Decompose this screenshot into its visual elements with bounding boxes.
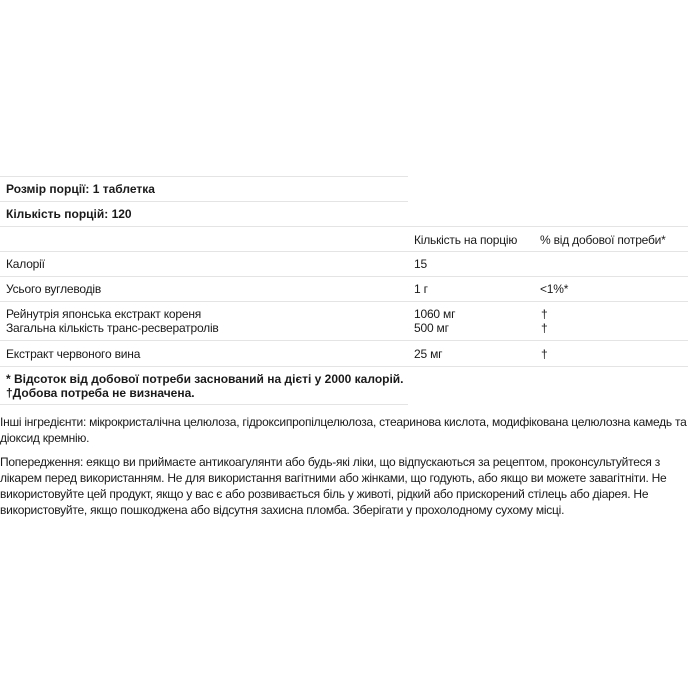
footnote-dv: * Відсоток від добової потреби засновани…: [6, 372, 404, 386]
nutrient-name: Калорії: [6, 257, 45, 271]
serving-size: Розмір порції: 1 таблетка: [6, 182, 155, 196]
nutrient-dv: †: [541, 321, 547, 335]
nutrient-amount: 25 мг: [414, 347, 442, 361]
divider: [0, 366, 688, 367]
nutrient-dv: †: [541, 347, 547, 361]
footnote-dagger: †Добова потреба не визначена.: [6, 386, 195, 400]
nutrient-amount: 15: [414, 257, 427, 271]
nutrient-dv: <1%*: [540, 282, 568, 296]
header-amount: Кількість на порцію: [414, 233, 517, 247]
nutrient-name: Усього вуглеводів: [6, 282, 101, 296]
divider: [0, 276, 688, 277]
nutrient-amount: 1 г: [414, 282, 428, 296]
divider: [0, 301, 688, 302]
servings-count: Кількість порцій: 120: [6, 207, 132, 221]
divider: [0, 176, 408, 177]
other-ingredients: Інші інгредієнти: мікрокристалічна целюл…: [0, 414, 688, 446]
divider: [0, 226, 688, 227]
nutrient-dv: †: [541, 307, 547, 321]
nutrient-name: Екстракт червоного вина: [6, 347, 140, 361]
nutrient-name: Загальна кількість транс-ресвератролів: [6, 321, 219, 335]
divider: [0, 251, 688, 252]
nutrient-name: Рейнутрія японська екстракт кореня: [6, 307, 201, 321]
warning-text: Попередження: еякщо ви приймаєте антикоа…: [0, 454, 688, 518]
header-dv: % від добової потреби*: [540, 233, 666, 247]
nutrient-amount: 1060 мг: [414, 307, 455, 321]
divider: [0, 404, 408, 405]
divider: [0, 340, 688, 341]
nutrient-amount: 500 мг: [414, 321, 449, 335]
divider: [0, 201, 408, 202]
